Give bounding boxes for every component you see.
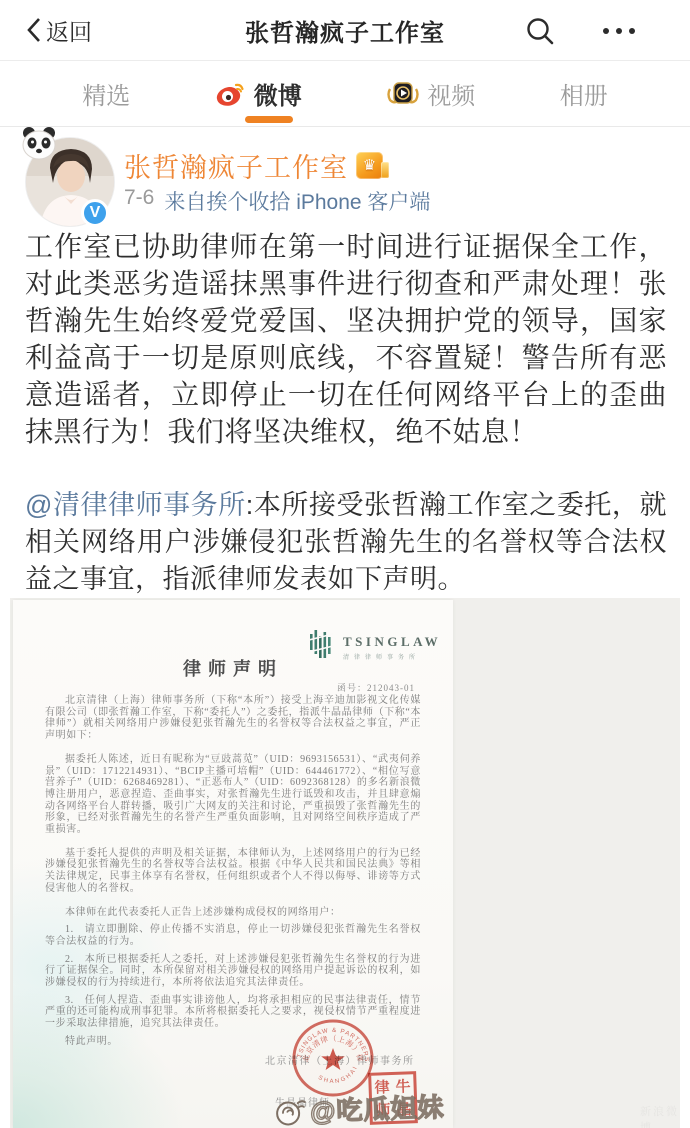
statement-paragraph: 基于委托人提供的声明及相关证据，本律师认为，上述网络用户的行为已经涉嫌侵犯张哲瀚… (45, 848, 421, 895)
faint-weibo-watermark: 新浪微博 (640, 1103, 680, 1128)
statement-item: 2. 本所已根据委托人之委托，对上述涉嫌侵犯张哲瀚先生名誉权的行为进行了证据保全… (45, 954, 421, 989)
video-badge-icon (386, 79, 420, 109)
doodle-eye-icon (271, 1094, 308, 1127)
post-date: 7-6 (124, 186, 154, 216)
verified-v-badge: V (81, 199, 109, 227)
statement-title: 律师声明 (13, 655, 453, 681)
page-title: 张哲瀚疯子工作室 (0, 0, 690, 60)
active-tab-underline (245, 116, 293, 123)
vip-crown-badge-icon: ♛ (356, 152, 383, 179)
logo-wordmark: TSINGLAW (343, 634, 441, 650)
attached-image-lawyer-statement[interactable]: TSINGLAW 清律律师事务所 律师声明 函号：212043-01 北京清律（… (10, 598, 680, 1128)
post-meta: 7-6 来自挨个收拾 iPhone 客户端 (124, 186, 430, 216)
author-avatar[interactable]: V (25, 137, 115, 227)
watermark-text: @吃瓜妲妹 (309, 1087, 445, 1128)
panda-sticker-icon (19, 125, 59, 161)
search-icon[interactable] (524, 15, 556, 47)
mention-link[interactable]: @清律律师事务所 (25, 490, 246, 520)
profile-tabbar: 精选 微博 (0, 61, 690, 127)
tab-featured[interactable]: 精选 (82, 76, 130, 111)
tab-video[interactable]: 视频 (386, 76, 475, 111)
statement-document: TSINGLAW 清律律师事务所 律师声明 函号：212043-01 北京清律（… (13, 600, 453, 1128)
weibo-profile-screen: 返回 张哲瀚疯子工作室 精选 微博 (0, 0, 690, 1128)
more-options-icon[interactable] (603, 26, 653, 36)
statement-ref-number: 函号：212043-01 (337, 681, 415, 694)
statement-paragraph: 本律师在此代表委托人正告上述涉嫌构成侵权的网络用户： (45, 907, 421, 919)
statement-paragraph: 北京清律（上海）律师事务所（下称“本所”）接受上海辛迪加影视文化传媒有限公司（即… (45, 695, 421, 742)
post-mention-paragraph: @清律律师事务所:本所接受张哲瀚工作室之委托，就相关网络用户涉嫌侵犯张哲瀚先生的… (25, 487, 667, 598)
top-navbar: 返回 张哲瀚疯子工作室 (0, 0, 690, 61)
round-law-firm-seal: TSINGLAW & PARTNERS 北京清律（上海）律师事务所 SHANGH… (291, 1018, 375, 1098)
statement-item: 1. 请立即删除、停止传播不实消息，停止一切涉嫌侵犯张哲瀚先生名誉权等合法权益的… (45, 924, 421, 947)
post-source-link[interactable]: 来自挨个收拾 iPhone 客户端 (164, 186, 430, 216)
tab-album[interactable]: 相册 (560, 76, 608, 111)
tab-weibo[interactable]: 微博 (215, 76, 302, 111)
reposter-watermark: @吃瓜妲妹 (271, 1087, 445, 1128)
statement-paragraph: 据委托人陈述，近日有昵称为“豆豉蒿苋”（UID：9693156531）、“武夷伺… (45, 754, 421, 836)
weibo-logo-icon (215, 79, 247, 109)
post-content-text: 工作室已协助律师在第一时间进行证据保全工作，对此类恶劣造谣抹黑事件进行彻查和严肃… (25, 228, 667, 450)
statement-body: 北京清律（上海）律师事务所（下称“本所”）接受上海辛迪加影视文化传媒有限公司（即… (45, 695, 421, 1060)
author-name[interactable]: 张哲瀚疯子工作室 (124, 146, 348, 185)
